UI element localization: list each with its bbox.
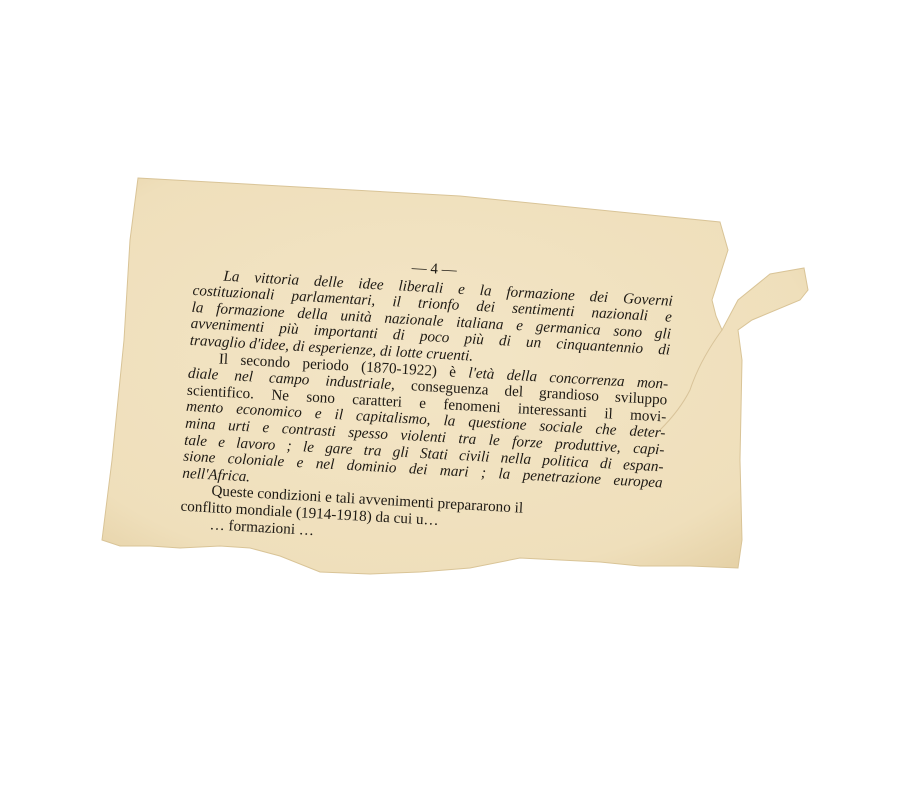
page-text: — 4 — La vittoria delle idee liberali e … xyxy=(179,248,674,558)
scanned-page: — 4 — La vittoria delle idee liberali e … xyxy=(0,0,900,809)
